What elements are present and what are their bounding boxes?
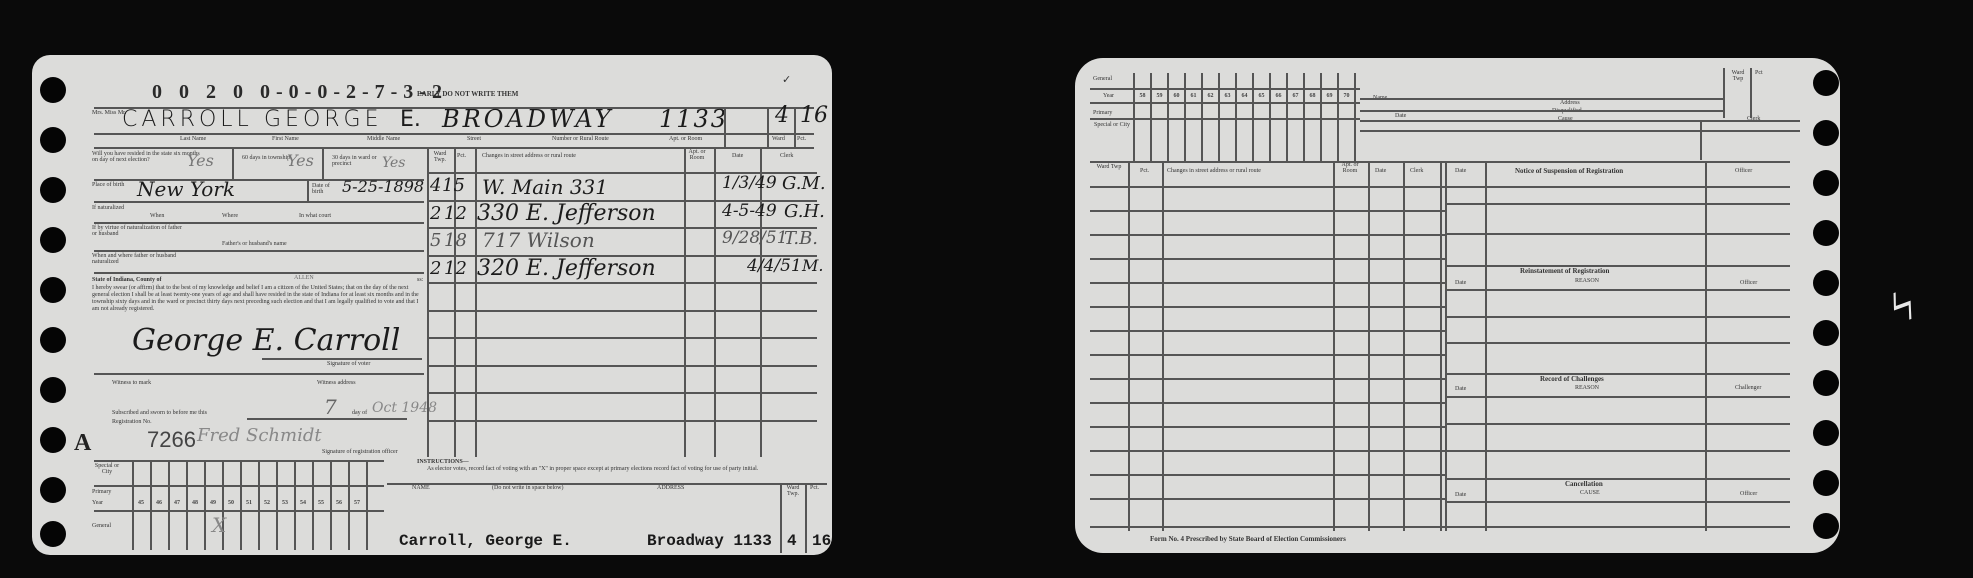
- row-address: 717 Wilson: [482, 228, 595, 252]
- year-cell: 69: [1322, 93, 1337, 99]
- year-cell: 48: [186, 500, 204, 506]
- punch-hole-icon: [40, 227, 66, 253]
- cancellation-title: Cancellation: [1565, 481, 1603, 488]
- punch-hole-icon: [40, 377, 66, 403]
- residency-precinct-value: Yes: [382, 155, 406, 171]
- title-label: Mrs. Miss Mr.: [92, 110, 106, 116]
- row-clerk: T.B.: [784, 228, 818, 249]
- row-ward: 4: [430, 175, 441, 196]
- registration-number-label: Registration No.: [112, 419, 152, 425]
- naturalized-label: If naturalized: [92, 205, 124, 211]
- year-cell: 55: [312, 500, 330, 506]
- signature-label: Signature of voter: [327, 361, 370, 367]
- grid-label-general: General: [92, 523, 111, 529]
- ward-label: Ward: [772, 136, 785, 142]
- house-number-value: 1133: [659, 105, 728, 133]
- back-grid-label-special: Special or City: [1093, 122, 1131, 128]
- general-vote-mark: X: [212, 513, 226, 537]
- registration-number: 7266: [147, 427, 196, 453]
- subscribed-day-value: 7: [324, 395, 337, 419]
- registration-card-back: General Year Primary Special or City 58 …: [1075, 58, 1840, 553]
- oath-ss: ss:: [417, 277, 423, 283]
- row-date: 1/3/49: [722, 173, 777, 193]
- middle-name-value: E.: [400, 107, 421, 132]
- challenges-challenger-label: Challenger: [1735, 385, 1761, 391]
- number-label: Number or Rural Route: [552, 136, 609, 142]
- street-value: BROADWAY: [442, 105, 614, 133]
- grid-label-year: Year: [92, 500, 103, 506]
- instructions-title: INSTRUCTIONS—: [417, 459, 469, 465]
- naturalized-where-label: Where: [222, 213, 238, 219]
- back-changes-header-ward: Ward Twp: [1095, 164, 1123, 170]
- punch-hole-icon: [40, 77, 66, 103]
- typed-pct: 16: [812, 532, 831, 550]
- challenges-date-label: Date: [1455, 386, 1466, 392]
- row-address: W. Main 331: [482, 175, 608, 199]
- subscribed-day-label: day of: [352, 410, 367, 416]
- form-note: Form No. 4 Prescribed by State Board of …: [1150, 536, 1346, 543]
- year-cell: 57: [348, 500, 366, 506]
- row-date: 4/4/51: [747, 256, 802, 276]
- first-name-value: GEORGE: [264, 107, 383, 132]
- row-ward: 5: [430, 230, 441, 251]
- father-naturalized-label: If by virtue of naturalization of father…: [92, 225, 187, 238]
- header-note: EARLY DO NOT WRITE THEM: [417, 91, 518, 98]
- subscribed-label: Subscribed and sworn to before me this: [112, 410, 207, 416]
- back-grid-label-general: General: [1093, 76, 1112, 82]
- residency-township-value: Yes: [287, 151, 314, 170]
- year-cell: 70: [1339, 93, 1354, 99]
- row-clerk: G.H.: [784, 201, 825, 222]
- changes-header-date: Date: [732, 153, 743, 159]
- back-ward-label: Ward Twp: [1727, 70, 1749, 83]
- year-cell: 59: [1152, 93, 1167, 99]
- birthplace-value: New York: [137, 177, 235, 201]
- punch-hole-icon: [1813, 513, 1839, 539]
- footer-no-write-label: (Do not write in space below): [492, 485, 563, 491]
- cancellation-date-label: Date: [1455, 492, 1466, 498]
- challenges-reason-label: REASON: [1575, 385, 1599, 391]
- punch-hole-icon: [1813, 120, 1839, 146]
- punch-hole-icon: [40, 177, 66, 203]
- oath-text: I hereby swear (or affirm) that to the b…: [92, 285, 427, 313]
- year-cell: 45: [132, 500, 150, 506]
- back-changes-header-pct: Pct.: [1140, 168, 1149, 174]
- row-ward: 2: [430, 258, 441, 279]
- punch-hole-icon: [1813, 470, 1839, 496]
- typed-ward: 4: [787, 532, 797, 550]
- reinstatement-reason-label: REASON: [1575, 278, 1599, 284]
- row-pct: 12: [444, 203, 467, 224]
- year-cell: 54: [294, 500, 312, 506]
- footer-pct-label: Pct.: [810, 485, 819, 491]
- birthdate-value: 5-25-1898: [342, 177, 424, 196]
- reinstatement-officer-label: Officer: [1740, 280, 1757, 286]
- back-address-label: Address: [1560, 100, 1580, 106]
- year-cell: 50: [222, 500, 240, 506]
- last-name-label: Last Name: [180, 136, 206, 142]
- row-date: 9/28/51: [722, 228, 788, 248]
- footer-ward-label: Ward Twp.: [782, 485, 804, 498]
- voter-signature: George E. Carroll: [132, 323, 400, 358]
- punch-hole-icon: [1813, 70, 1839, 96]
- year-cell: 60: [1169, 93, 1184, 99]
- year-cell: 61: [1186, 93, 1201, 99]
- year-cell: 66: [1271, 93, 1286, 99]
- year-cell: 47: [168, 500, 186, 506]
- punch-hole-icon: [40, 427, 66, 453]
- back-grid-label-year: Year: [1103, 93, 1114, 99]
- punch-hole-icon: [1813, 320, 1839, 346]
- changes-header-address: Changes in street address or rural route: [482, 153, 576, 159]
- punch-hole-icon: [1813, 420, 1839, 446]
- changes-header-ward: Ward Twp.: [430, 151, 450, 164]
- changes-header-clerk: Clerk: [780, 153, 793, 159]
- oath-state-label: State of Indiana, County of: [92, 277, 162, 283]
- year-cell: 65: [1254, 93, 1269, 99]
- punch-hole-icon: [40, 477, 66, 503]
- punch-hole-icon: [1813, 370, 1839, 396]
- ward-value: 4: [775, 103, 789, 128]
- year-cell: 64: [1237, 93, 1252, 99]
- challenges-title: Record of Challenges: [1540, 376, 1604, 383]
- instructions-text: As elector votes, record fact of voting …: [427, 466, 827, 472]
- year-cell: 67: [1288, 93, 1303, 99]
- registration-card-front: 0 0 2 0 0-0-0-2-7-3-2 EARLY DO NOT WRITE…: [32, 55, 832, 555]
- pct-value: 16: [800, 103, 828, 128]
- middle-name-label: Middle Name: [367, 136, 400, 142]
- punch-hole-icon: [40, 277, 66, 303]
- first-name-label: First Name: [272, 136, 299, 142]
- year-cell: 58: [1135, 93, 1150, 99]
- naturalized-when-label: When: [150, 213, 164, 219]
- year-cell: 46: [150, 500, 168, 506]
- year-cell: 56: [330, 500, 348, 506]
- registrar-signature-label: Signature of registration officer: [322, 449, 398, 455]
- grid-label-special: Special or City: [92, 463, 122, 476]
- row-date: 4-5-49: [722, 201, 777, 221]
- back-changes-header-apt: Apt. or Room: [1335, 162, 1365, 175]
- street-label: Street: [467, 136, 481, 142]
- footer-address-label: ADDRESS: [657, 485, 684, 491]
- back-changes-header-date: Date: [1375, 168, 1386, 174]
- father-name-label: Father's or husband's name: [222, 241, 287, 247]
- witness-address-label: Witness address: [317, 380, 356, 386]
- last-name-value: CARROLL: [122, 107, 253, 132]
- year-cell: 53: [276, 500, 294, 506]
- suspension-officer-label: Officer: [1735, 168, 1752, 174]
- year-cell: 63: [1220, 93, 1235, 99]
- check-mark: ✓: [782, 75, 791, 87]
- punch-hole-icon: [1813, 270, 1839, 296]
- year-cell: 52: [258, 500, 276, 506]
- birthplace-label: Place of birth: [92, 182, 132, 188]
- typed-address: Broadway 1133: [647, 532, 772, 550]
- back-changes-header-address: Changes in street address or rural route: [1167, 168, 1261, 174]
- row-address: 330 E. Jefferson: [477, 201, 656, 226]
- punch-hole-icon: [40, 127, 66, 153]
- punch-hole-icon: [40, 521, 66, 547]
- serial-number: 0 0 2 0 0-0-0-2-7-3-2: [152, 82, 448, 103]
- year-cell: 68: [1305, 93, 1320, 99]
- row-ward: 2: [430, 203, 441, 224]
- back-grid-label-primary: Primary: [1093, 110, 1112, 116]
- pct-label: Pct.: [797, 136, 806, 142]
- footer-name-label: NAME: [412, 485, 430, 491]
- film-scratch-mark: ϟ: [1883, 282, 1924, 334]
- back-pct-label: Pct: [1755, 70, 1763, 76]
- witness-mark-label: Witness to mark: [112, 380, 151, 386]
- changes-header-pct: Pct.: [457, 153, 466, 159]
- registration-letter: A: [74, 431, 91, 456]
- year-cell: 51: [240, 500, 258, 506]
- birthdate-label: Date of birth: [312, 183, 340, 196]
- row-clerk: G.M.: [782, 173, 826, 194]
- row-pct: 12: [444, 258, 467, 279]
- apt-label: Apt. or Room: [669, 136, 702, 142]
- registrar-signature: Fred Schmidt: [197, 425, 322, 446]
- punch-hole-icon: [40, 327, 66, 353]
- residency-state-value: Yes: [187, 151, 214, 170]
- row-clerk: M.: [802, 256, 823, 275]
- punch-hole-icon: [1813, 220, 1839, 246]
- suspension-date-label: Date: [1455, 168, 1466, 174]
- row-pct: 18: [444, 230, 467, 251]
- reinstatement-title: Reinstatement of Registration: [1520, 268, 1609, 275]
- row-address: 320 E. Jefferson: [477, 256, 656, 281]
- changes-header-apt: Apt. or Room: [686, 149, 708, 162]
- year-cell: 62: [1203, 93, 1218, 99]
- year-cell: 49: [204, 500, 222, 506]
- cancellation-officer-label: Officer: [1740, 491, 1757, 497]
- back-changes-header-clerk: Clerk: [1410, 168, 1423, 174]
- suspension-title: Notice of Suspension of Registration: [1515, 168, 1623, 175]
- typed-name: Carroll, George E.: [399, 532, 572, 550]
- back-date-label: Date: [1395, 113, 1406, 119]
- residency-state-label: Will you have resided in the state six m…: [92, 151, 202, 164]
- county-value: ALLEN: [294, 275, 314, 281]
- grid-label-primary: Primary: [92, 489, 111, 495]
- cancellation-cause-label: CAUSE: [1580, 490, 1600, 496]
- naturalized-court-label: In what court: [299, 213, 331, 219]
- punch-hole-icon: [1813, 170, 1839, 196]
- reinstatement-date-label: Date: [1455, 280, 1466, 286]
- row-pct: 15: [442, 175, 465, 196]
- father-naturalized-when-label: When and where father or husband natural…: [92, 253, 187, 266]
